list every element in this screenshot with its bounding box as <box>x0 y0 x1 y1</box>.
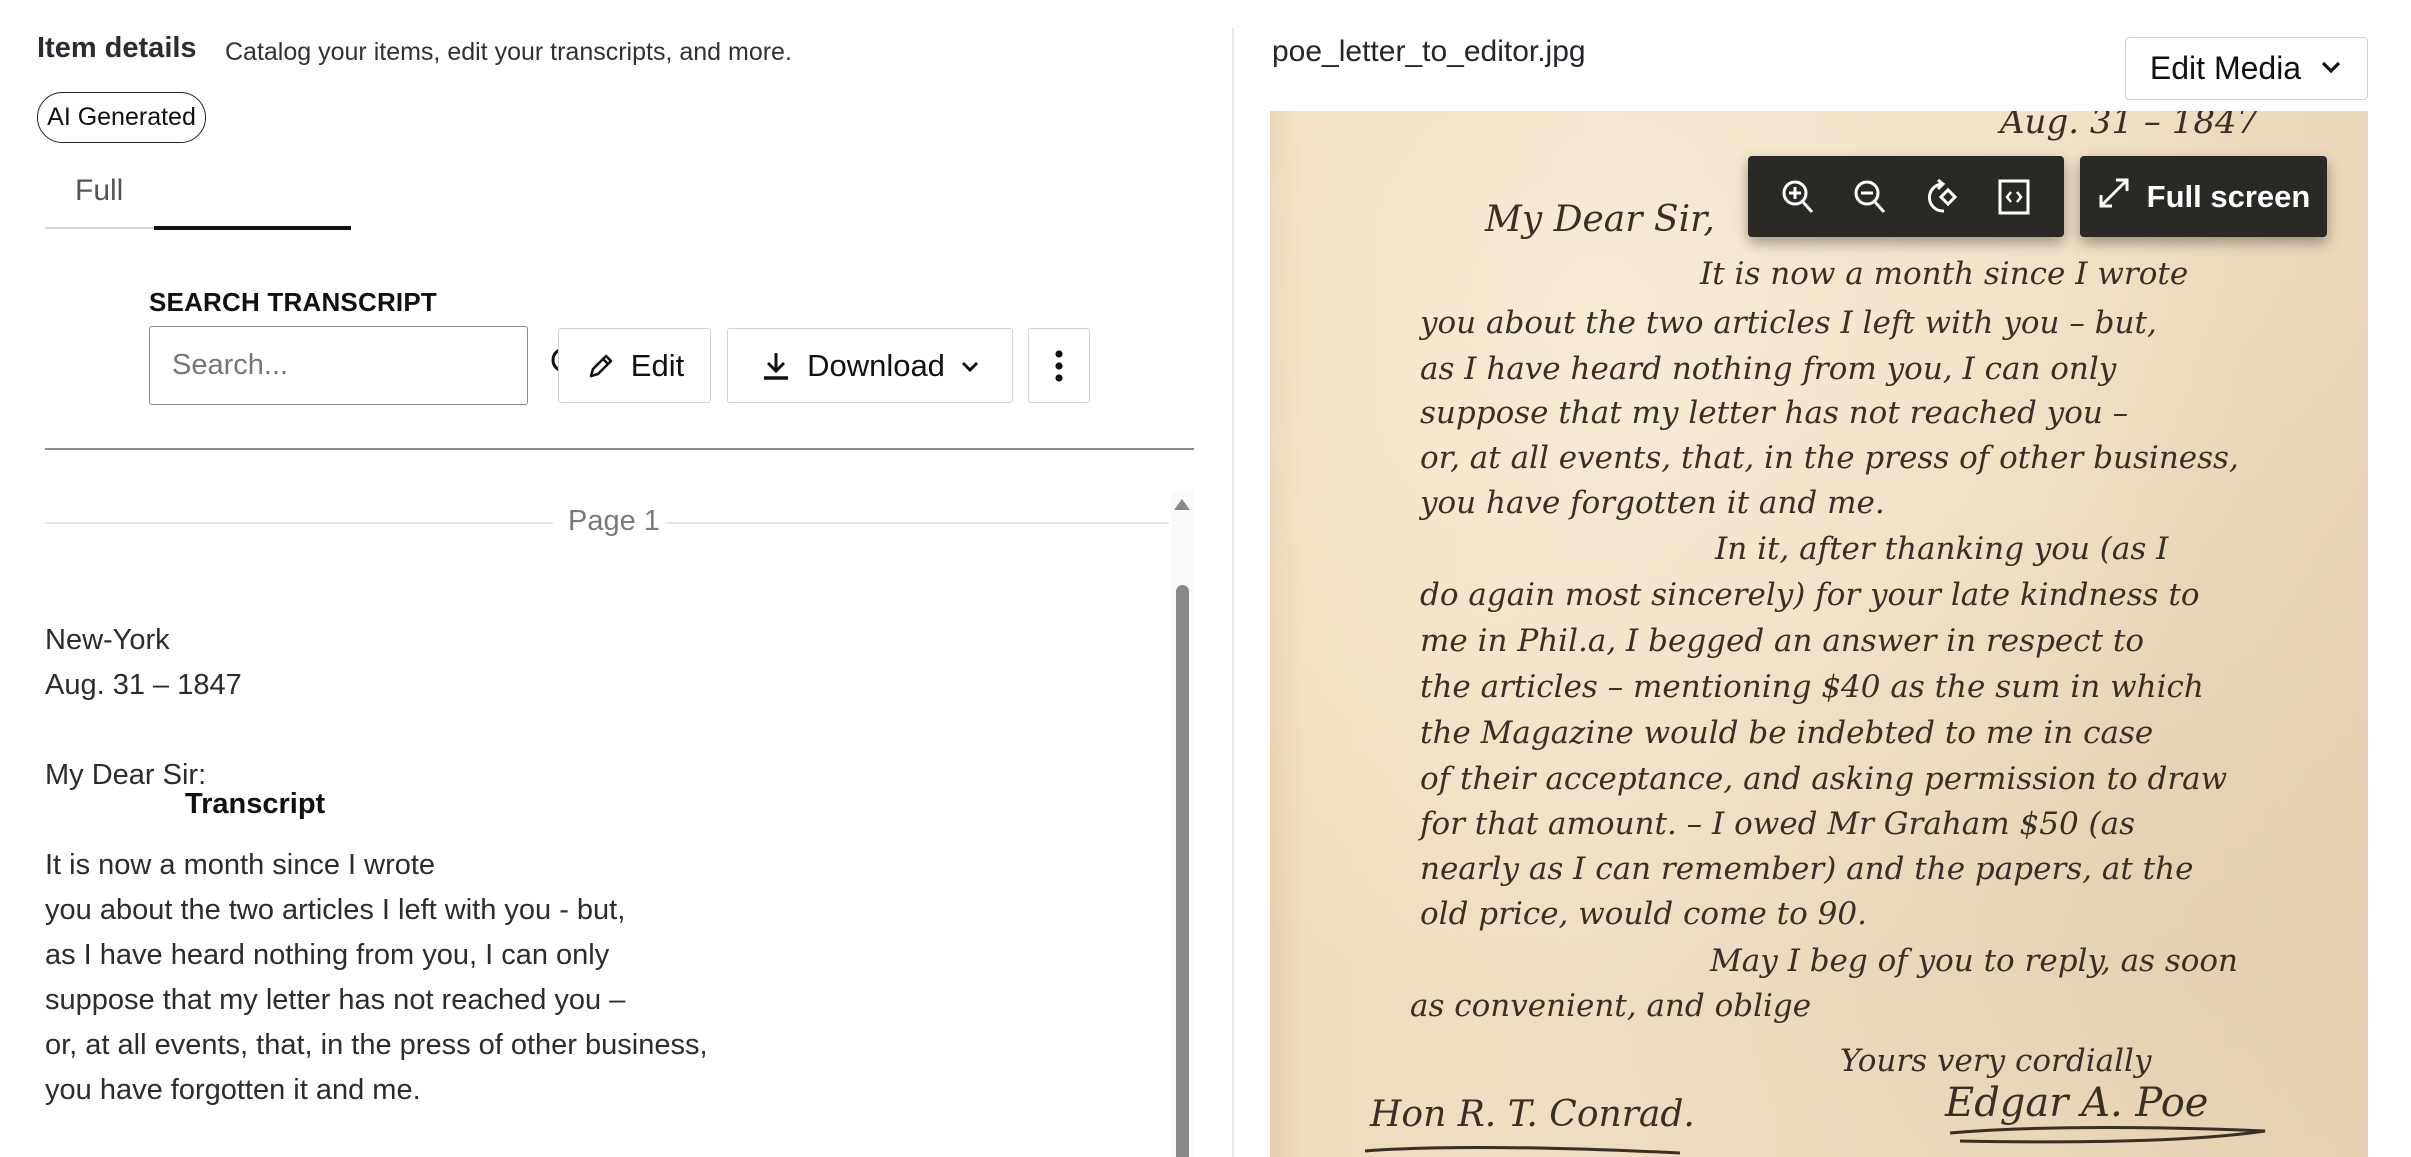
search-transcript-field[interactable] <box>149 326 528 405</box>
letter-line: do again most sincerely) for your late k… <box>1420 577 2200 613</box>
expand-icon <box>2097 176 2131 218</box>
full-screen-label: Full screen <box>2147 179 2311 215</box>
transcript-text: New-York Aug. 31 – 1847 My Dear Sir: It … <box>45 618 1145 1113</box>
more-options-button[interactable] <box>1028 328 1090 403</box>
page-divider-line-left <box>45 522 553 524</box>
transcript-line: or, at all events, that, in the press of… <box>45 1023 1145 1068</box>
page-title: Item details <box>37 32 197 65</box>
media-viewer[interactable]: Aug. 31 – 1847 My Dear Sir, It is now a … <box>1270 111 2368 1157</box>
rotate-icon[interactable] <box>1922 177 1962 217</box>
viewer-controls <box>1748 156 2064 237</box>
transcript-line: It is now a month since I wrote <box>45 843 1145 888</box>
transcript-blank-line <box>45 708 1145 753</box>
transcript-line: New-York <box>45 618 1145 663</box>
zoom-out-icon[interactable] <box>1850 177 1890 217</box>
toolbar-separator <box>45 448 1194 450</box>
ai-generated-badge: AI Generated <box>37 92 206 143</box>
letter-line: nearly as I can remember) and the papers… <box>1420 851 2193 887</box>
letter-line: Aug. 31 – 1847 <box>1997 111 2259 142</box>
media-filename: poe_letter_to_editor.jpg <box>1272 35 1586 69</box>
zoom-in-icon[interactable] <box>1778 177 1818 217</box>
letter-line: as I have heard nothing from you, I can … <box>1420 351 2117 387</box>
letter-line: My Dear Sir, <box>1484 199 1715 240</box>
letter-image: Aug. 31 – 1847 My Dear Sir, It is now a … <box>1270 111 2368 1157</box>
letter-line: old price, would come to 90. <box>1420 896 1867 932</box>
page-divider: Page 1 <box>45 505 1169 541</box>
transcript-line: you about the two articles I left with y… <box>45 888 1145 933</box>
edit-label: Edit <box>631 348 684 384</box>
transcript-scrollbar[interactable] <box>1171 491 1194 1157</box>
letter-line: Edgar A. Poe <box>1944 1080 2208 1126</box>
letter-line: me in Phil.a, I begged an answer in resp… <box>1420 623 2144 659</box>
transcript-line: My Dear Sir: <box>45 753 1145 798</box>
chevron-down-icon <box>959 355 981 377</box>
panel-divider <box>1232 28 1234 1157</box>
search-input[interactable] <box>172 349 549 382</box>
letter-line: of their acceptance, and asking permissi… <box>1420 761 2227 797</box>
tab-full[interactable]: Full <box>75 174 123 208</box>
letter-line: for that amount. – I owed Mr Graham $50 … <box>1418 806 2135 842</box>
kebab-menu-icon <box>1054 349 1064 383</box>
view-tabs: Full Transcript <box>45 164 351 232</box>
transcript-line: you have forgotten it and me. <box>45 1068 1145 1113</box>
letter-line: It is now a month since I wrote <box>1699 256 2188 292</box>
letter-line: May I beg of you to reply, as soon <box>1709 943 2238 979</box>
letter-line: the articles – mentioning $40 as the sum… <box>1420 669 2204 705</box>
page-divider-line-right <box>665 522 1169 524</box>
edit-media-button[interactable]: Edit Media <box>2125 37 2368 100</box>
page-subtitle: Catalog your items, edit your transcript… <box>225 38 792 67</box>
transcript-line: as I have heard nothing from you, I can … <box>45 933 1145 978</box>
search-transcript-label: SEARCH TRANSCRIPT <box>149 287 437 318</box>
transcript-line: suppose that my letter has not reached y… <box>45 978 1145 1023</box>
pencil-icon <box>585 350 617 382</box>
download-icon <box>759 349 793 383</box>
active-tab-indicator <box>154 226 351 230</box>
edit-media-label: Edit Media <box>2150 50 2301 87</box>
transcript-blank-line <box>45 798 1145 843</box>
edit-transcript-button[interactable]: Edit <box>558 328 711 403</box>
download-button[interactable]: Download <box>727 328 1013 403</box>
letter-line: Hon R. T. Conrad. <box>1369 1094 1695 1135</box>
chevron-down-icon <box>2319 50 2343 87</box>
full-screen-button[interactable]: Full screen <box>2080 156 2327 237</box>
letter-line: you have forgotten it and me. <box>1418 485 1885 521</box>
transcript-line: Aug. 31 – 1847 <box>45 663 1145 708</box>
letter-line: Yours very cordially <box>1840 1043 2152 1079</box>
letter-line: or, at all events, that, in the press of… <box>1420 440 2239 476</box>
letter-line: as convenient, and oblige <box>1410 988 1811 1024</box>
page-label: Page 1 <box>568 505 660 538</box>
letter-line: the Magazine would be indebted to me in … <box>1420 715 2153 751</box>
download-label: Download <box>807 348 945 384</box>
letter-line: you about the two articles I left with y… <box>1418 305 2157 341</box>
scroll-up-arrow-icon[interactable] <box>1174 499 1190 510</box>
fit-to-screen-icon[interactable] <box>1994 177 2034 217</box>
handwritten-letter: Aug. 31 – 1847 My Dear Sir, It is now a … <box>1365 111 2265 1153</box>
letter-line: In it, after thanking you (as I <box>1714 531 2169 567</box>
scrollbar-thumb[interactable] <box>1176 585 1189 1157</box>
letter-line: suppose that my letter has not reached y… <box>1420 395 2128 431</box>
